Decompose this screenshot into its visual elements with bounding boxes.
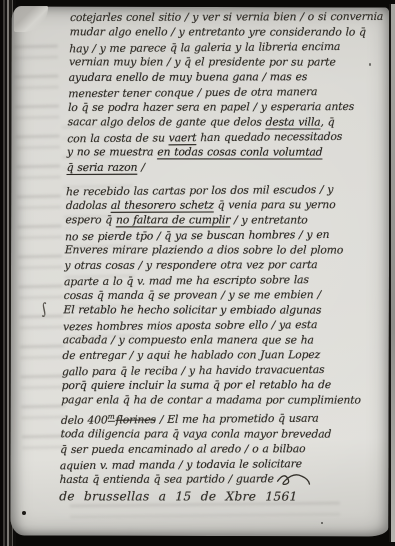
underlined-phrase: en todas cosas conla volumtad — [157, 146, 323, 159]
line-text: sacar algo delos de gante que delos — [68, 116, 266, 129]
sum-figure: 400 — [87, 414, 107, 427]
underlined-phrase: al thesorero schetz — [111, 198, 214, 211]
line-text: delo — [61, 414, 88, 427]
line-text: han quedado necessitados — [196, 130, 342, 144]
line-text: y no se muestra — [67, 146, 158, 159]
manuscript-line: toda diligencia para q̄ vaya conla mayor… — [60, 426, 387, 441]
underlined-phrase: desta villa — [265, 116, 320, 129]
manuscript-line: aparte a lo q̄ v. mad me ha escripto sob… — [64, 271, 391, 289]
rubric-flourish-icon — [277, 472, 311, 486]
manuscript-line: aquien v. mad manda / y todavia le solic… — [60, 455, 387, 473]
manuscript-line: cosas q̄ manda q̄ se provean / y se me e… — [64, 287, 391, 303]
underlined-phrase: no faltara de cumplir — [116, 213, 231, 226]
line-text: / El me ha prometido q̄ usara — [156, 412, 319, 426]
ink-dot — [321, 522, 323, 524]
manuscript-line: q̄ seria razon / — [66, 159, 393, 175]
manuscript-scan: ∫ cotejarles conel sitio / y ver si vern… — [0, 0, 395, 546]
ink-bleed-through — [14, 40, 67, 461]
line-text: dadolas — [66, 198, 111, 211]
manuscript-line: hasta q̄ entienda q̄ sea partido / guard… — [59, 471, 386, 487]
superscript-abbreviation: m — [108, 412, 115, 422]
letter-text-block: cotejarles conel sitio / y ver si vernia… — [59, 9, 395, 505]
manuscript-line: El retablo he hecho solicitar y embiado … — [63, 302, 390, 317]
manuscript-line: de entregar / y aqui he hablado con Juan… — [62, 347, 389, 363]
line-text: hasta q̄ entienda q̄ sea partido / guard… — [59, 472, 274, 486]
manuscript-line: porq̄ quiere incluir la suma q̄ por el r… — [62, 377, 389, 393]
manuscript-line: delo 400mflorines / El me ha prometido q… — [61, 407, 388, 428]
manuscript-line: acabada / y compuesto enla manera que se… — [63, 332, 390, 347]
manuscript-line: sacar algo delos de gante que delos dest… — [67, 115, 394, 130]
manuscript-line: y no se muestra en todas cosas conla vol… — [67, 145, 394, 160]
underlined-phrase: vaert — [169, 132, 197, 145]
manuscript-line: pagar enla q̄ ha de contar a madama por … — [61, 392, 388, 407]
line-text: / y entretanto — [230, 213, 308, 226]
line-text: espero q̄ — [65, 213, 116, 226]
manuscript-line: he recebido las cartas por los dos mil e… — [66, 181, 393, 199]
manuscript-line: menester tener conque / pues de otra man… — [68, 84, 395, 102]
manuscript-line: ayudara enello de muy buena gana / mas e… — [69, 69, 395, 85]
line-text: / — [137, 161, 145, 174]
manuscript-line: vernian muy bien / y q̄ el presidente po… — [69, 54, 395, 69]
ink-dot — [369, 63, 371, 66]
line-text: q̄ venia para su yerno — [214, 198, 336, 211]
manuscript-line: Enveres mirare plaziendo a dios sobre lo… — [65, 242, 392, 257]
line-text: , q̄ — [320, 116, 334, 129]
struck-through-word: florines — [116, 413, 156, 426]
underlined-phrase: q̄ seria razon — [67, 161, 138, 174]
manuscript-line: cotejarles conel sitio / y ver si vernia… — [70, 9, 395, 25]
manuscript-line: espero q̄ no faltara de cumplir / y entr… — [65, 212, 392, 227]
manuscript-line: y otras cosas / y respondere otra vez po… — [64, 257, 391, 273]
date-line: de brussellas a 15 de Xbre 1561 — [59, 489, 386, 504]
manuscript-line: mudar algo enello / y entretanto yre con… — [70, 24, 395, 39]
ink-dot — [22, 511, 26, 515]
manuscript-line: no se pierde tp̄o / q̄ ya se buscan homb… — [65, 226, 392, 244]
manuscript-line: gallo para q̄ le reciba / y ha havido tr… — [62, 361, 389, 379]
manuscript-line: lo q̄ se podra hazer sera en papel / y e… — [68, 99, 395, 115]
manuscript-line: q̄ ser pueda encaminado al aredo / o a b… — [60, 441, 387, 457]
